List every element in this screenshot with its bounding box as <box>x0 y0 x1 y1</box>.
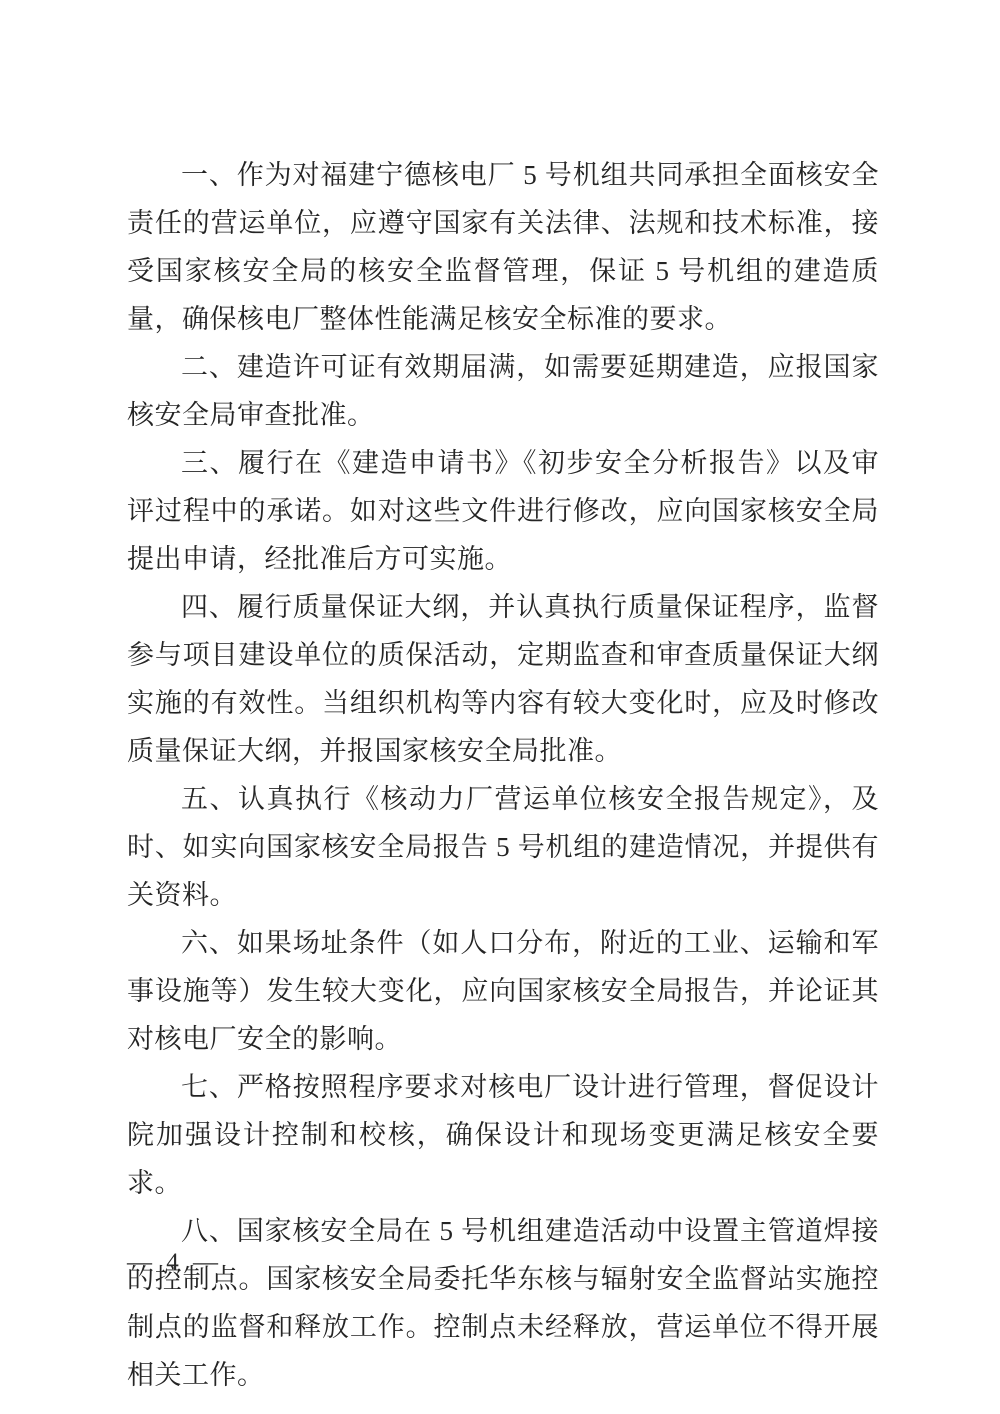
paragraph-3: 三、履行在《建造申请书》《初步安全分析报告》以及审评过程中的承诺。如对这些文件进… <box>127 439 879 583</box>
page-number: — 4 — <box>127 1243 222 1283</box>
paragraph-4: 四、履行质量保证大纲，并认真执行质量保证程序，监督参与项目建设单位的质保活动，定… <box>127 583 879 775</box>
paragraph-8: 八、国家核安全局在 5 号机组建造活动中设置主管道焊接的控制点。国家核安全局委托… <box>127 1207 879 1399</box>
paragraph-2: 二、建造许可证有效期届满，如需要延期建造，应报国家核安全局审查批准。 <box>127 343 879 439</box>
paragraph-6: 六、如果场址条件（如人口分布，附近的工业、运输和军事设施等）发生较大变化，应向国… <box>127 919 879 1063</box>
document-page: 一、作为对福建宁德核电厂 5 号机组共同承担全面核安全责任的营运单位，应遵守国家… <box>0 0 1000 1414</box>
document-body: 一、作为对福建宁德核电厂 5 号机组共同承担全面核安全责任的营运单位，应遵守国家… <box>127 151 879 1399</box>
paragraph-1: 一、作为对福建宁德核电厂 5 号机组共同承担全面核安全责任的营运单位，应遵守国家… <box>127 151 879 343</box>
paragraph-7: 七、严格按照程序要求对核电厂设计进行管理，督促设计院加强设计控制和校核，确保设计… <box>127 1063 879 1207</box>
paragraph-5: 五、认真执行《核动力厂营运单位核安全报告规定》，及时、如实向国家核安全局报告 5… <box>127 775 879 919</box>
